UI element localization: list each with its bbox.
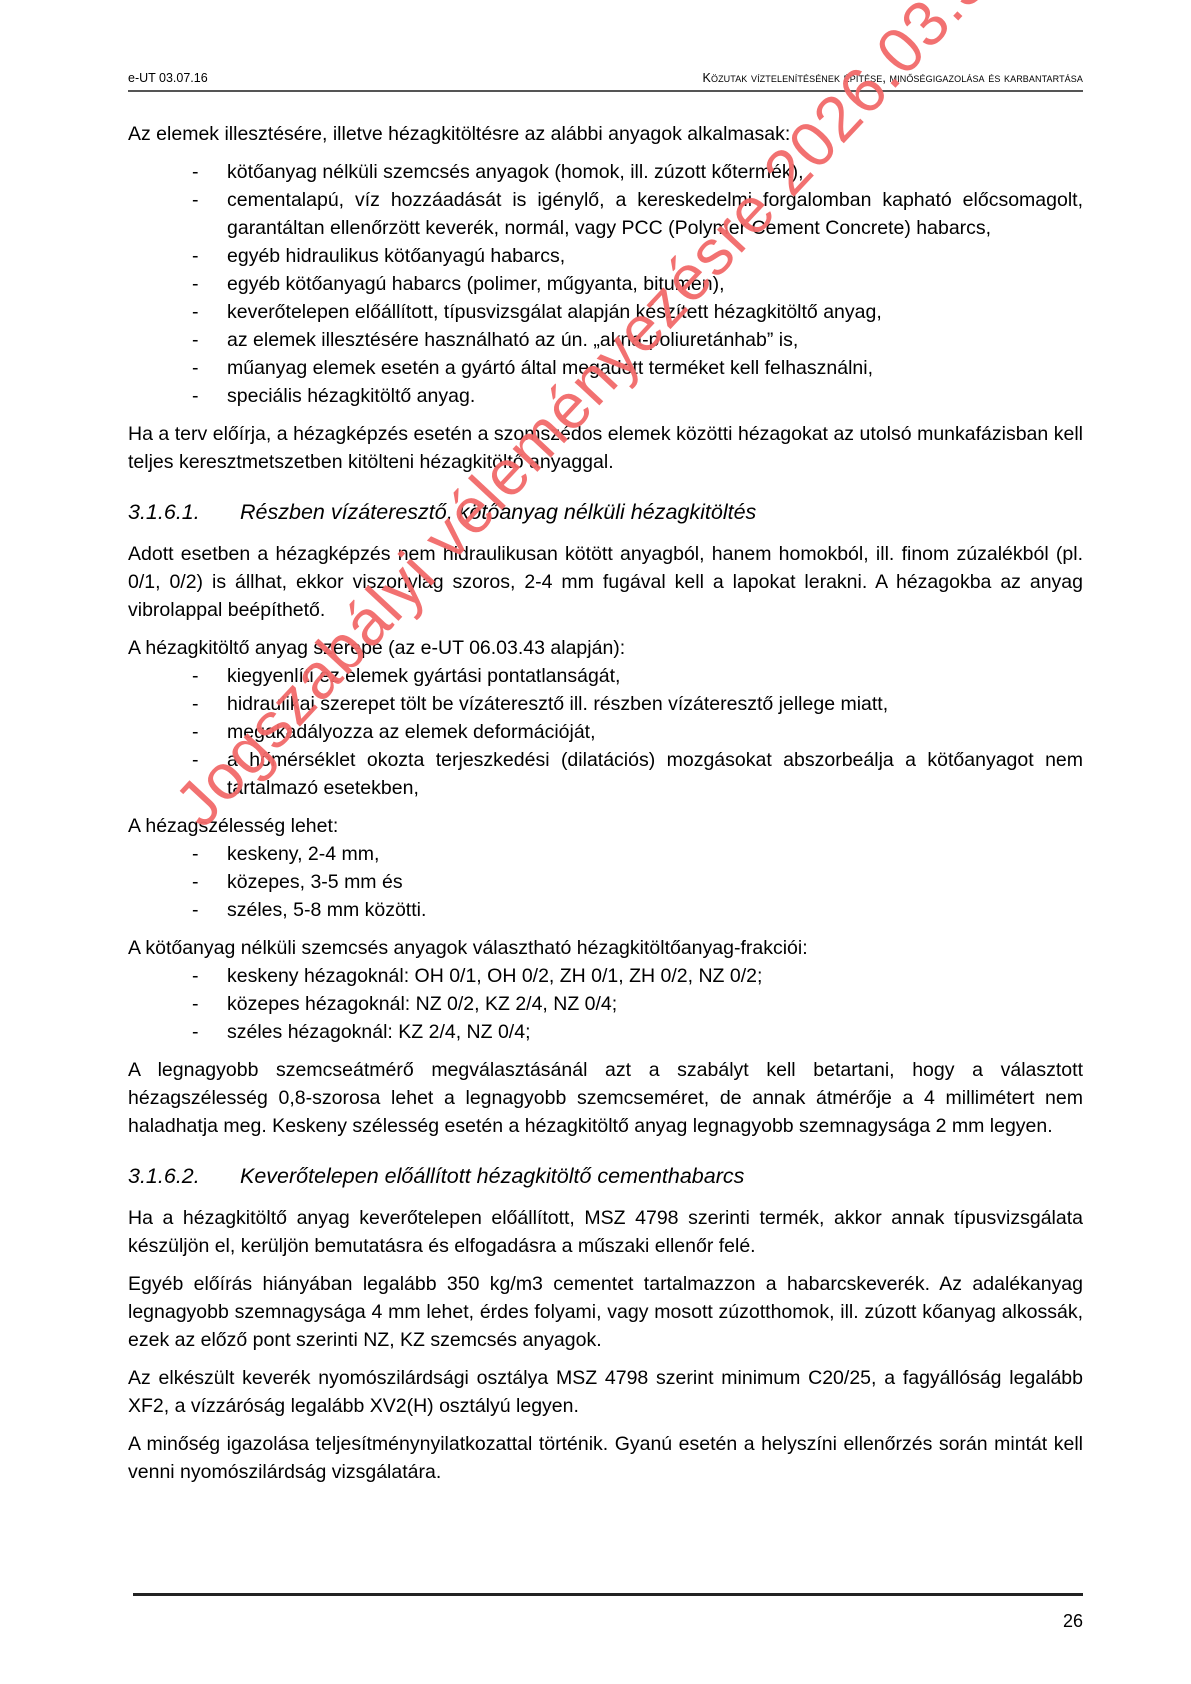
list-item-text: a hőmérséklet okozta terjeszkedési (dila… (227, 749, 1083, 799)
list-item: -egyéb hidraulikus kötőanyagú habarcs, (128, 242, 1083, 270)
design-requirement-paragraph: Ha a terv előírja, a hézagképzés esetén … (128, 420, 1083, 476)
document-title: Közutak víztelenítésének építése, minősé… (703, 71, 1083, 85)
list-item: -egyéb kötőanyagú habarcs (polimer, műgy… (128, 270, 1083, 298)
dash-bullet: - (192, 868, 199, 896)
list-item-text: közepes, 3-5 mm és (227, 871, 403, 893)
list-item-text: keskeny hézagoknál: OH 0/1, OH 0/2, ZH 0… (227, 965, 762, 987)
list-item: -a hőmérséklet okozta terjeszkedési (dil… (128, 746, 1083, 802)
section-number: 3.1.6.1. (128, 498, 240, 526)
page-header: e-UT 03.07.16 Közutak víztelenítésének é… (128, 68, 1083, 92)
dash-bullet: - (192, 354, 199, 382)
list-item-text: kötőanyag nélküli szemcsés anyagok (homo… (227, 161, 804, 183)
dash-bullet: - (192, 242, 199, 270)
dash-bullet: - (192, 896, 199, 924)
list-item: -széles hézagoknál: KZ 2/4, NZ 0/4; (128, 1018, 1083, 1046)
dash-bullet: - (192, 962, 199, 990)
page-number: 26 (1063, 1611, 1083, 1632)
list-item-text: speciális hézagkitöltő anyag. (227, 385, 475, 407)
section1-paragraph: Adott esetben a hézagképzés nem hidrauli… (128, 540, 1083, 624)
list-item-text: az elemek illesztésére használható az ún… (227, 329, 798, 351)
dash-bullet: - (192, 382, 199, 410)
list-item-text: széles, 5-8 mm közötti. (227, 899, 426, 921)
list-item-text: hidraulikai szerepet tölt be vízátereszt… (227, 693, 888, 715)
list-item-text: közepes hézagoknál: NZ 0/2, KZ 2/4, NZ 0… (227, 993, 617, 1015)
list-item: -széles, 5-8 mm közötti. (128, 896, 1083, 924)
section-title: Részben vízáteresztő, kötőanyag nélküli … (240, 500, 756, 524)
dash-bullet: - (192, 990, 199, 1018)
list-item-text: megakadályozza az elemek deformációját, (227, 721, 596, 743)
list-item-text: cementalapú, víz hozzáadását is igénylő,… (227, 189, 1083, 239)
footer-divider (133, 1593, 1083, 1596)
dash-bullet: - (192, 662, 199, 690)
list-item: -megakadályozza az elemek deformációját, (128, 718, 1083, 746)
list-item-text: keverőtelepen előállított, típusvizsgála… (227, 301, 882, 323)
list-item: -speciális hézagkitöltő anyag. (128, 382, 1083, 410)
section-title: Keverőtelepen előállított hézagkitöltő c… (240, 1164, 744, 1188)
grain-size-paragraph: A legnagyobb szemcseátmérő megválasztásá… (128, 1056, 1083, 1140)
dash-bullet: - (192, 718, 199, 746)
dash-bullet: - (192, 746, 199, 774)
list-item-text: kiegyenlíti ez elemek gyártási pontatlan… (227, 665, 620, 687)
width-intro: A hézagszélesség lehet: (128, 812, 1083, 840)
list-item-text: egyéb kötőanyagú habarcs (polimer, műgya… (227, 273, 725, 295)
page-content: Az elemek illesztésére, illetve hézagkit… (128, 120, 1083, 1496)
document-id: e-UT 03.07.16 (128, 71, 208, 85)
dash-bullet: - (192, 298, 199, 326)
list-item: -keskeny, 2-4 mm, (128, 840, 1083, 868)
list-item: -cementalapú, víz hozzáadását is igénylő… (128, 186, 1083, 242)
roles-list: -kiegyenlíti ez elemek gyártási pontatla… (128, 662, 1083, 802)
dash-bullet: - (192, 1018, 199, 1046)
section-heading-3-1-6-1: 3.1.6.1.Részben vízáteresztő, kötőanyag … (128, 498, 1083, 526)
document-page: e-UT 03.07.16 Közutak víztelenítésének é… (0, 0, 1191, 1684)
widths-list: -keskeny, 2-4 mm,-közepes, 3-5 mm és-szé… (128, 840, 1083, 924)
list-item-text: keskeny, 2-4 mm, (227, 843, 379, 865)
section2-paragraph-3: Az elkészült keverék nyomószilárdsági os… (128, 1364, 1083, 1420)
dash-bullet: - (192, 326, 199, 354)
section-number: 3.1.6.2. (128, 1162, 240, 1190)
list-item: -az elemek illesztésére használható az ú… (128, 326, 1083, 354)
list-item-text: műanyag elemek esetén a gyártó által meg… (227, 357, 873, 379)
dash-bullet: - (192, 186, 199, 214)
dash-bullet: - (192, 270, 199, 298)
list-item: -kiegyenlíti ez elemek gyártási pontatla… (128, 662, 1083, 690)
section2-paragraph-4: A minőség igazolása teljesítménynyilatko… (128, 1430, 1083, 1486)
list-item: -keverőtelepen előállított, típusvizsgál… (128, 298, 1083, 326)
list-item: -kötőanyag nélküli szemcsés anyagok (hom… (128, 158, 1083, 186)
section2-paragraph-1: Ha a hézagkitöltő anyag keverőtelepen el… (128, 1204, 1083, 1260)
list-item: -hidraulikai szerepet tölt be vízáteresz… (128, 690, 1083, 718)
list-item: -közepes hézagoknál: NZ 0/2, KZ 2/4, NZ … (128, 990, 1083, 1018)
list-item-text: egyéb hidraulikus kötőanyagú habarcs, (227, 245, 565, 267)
fractions-list: -keskeny hézagoknál: OH 0/1, OH 0/2, ZH … (128, 962, 1083, 1046)
dash-bullet: - (192, 158, 199, 186)
list-item: -keskeny hézagoknál: OH 0/1, OH 0/2, ZH … (128, 962, 1083, 990)
list-item-text: széles hézagoknál: KZ 2/4, NZ 0/4; (227, 1021, 531, 1043)
role-intro: A hézagkitöltő anyag szerepe (az e-UT 06… (128, 634, 1083, 662)
section-heading-3-1-6-2: 3.1.6.2.Keverőtelepen előállított hézagk… (128, 1162, 1083, 1190)
fraction-intro: A kötőanyag nélküli szemcsés anyagok vál… (128, 934, 1083, 962)
materials-list: -kötőanyag nélküli szemcsés anyagok (hom… (128, 158, 1083, 410)
list-item: -közepes, 3-5 mm és (128, 868, 1083, 896)
list-item: -műanyag elemek esetén a gyártó által me… (128, 354, 1083, 382)
intro-paragraph: Az elemek illesztésére, illetve hézagkit… (128, 120, 1083, 148)
dash-bullet: - (192, 690, 199, 718)
section2-paragraph-2: Egyéb előírás hiányában legalább 350 kg/… (128, 1270, 1083, 1354)
dash-bullet: - (192, 840, 199, 868)
